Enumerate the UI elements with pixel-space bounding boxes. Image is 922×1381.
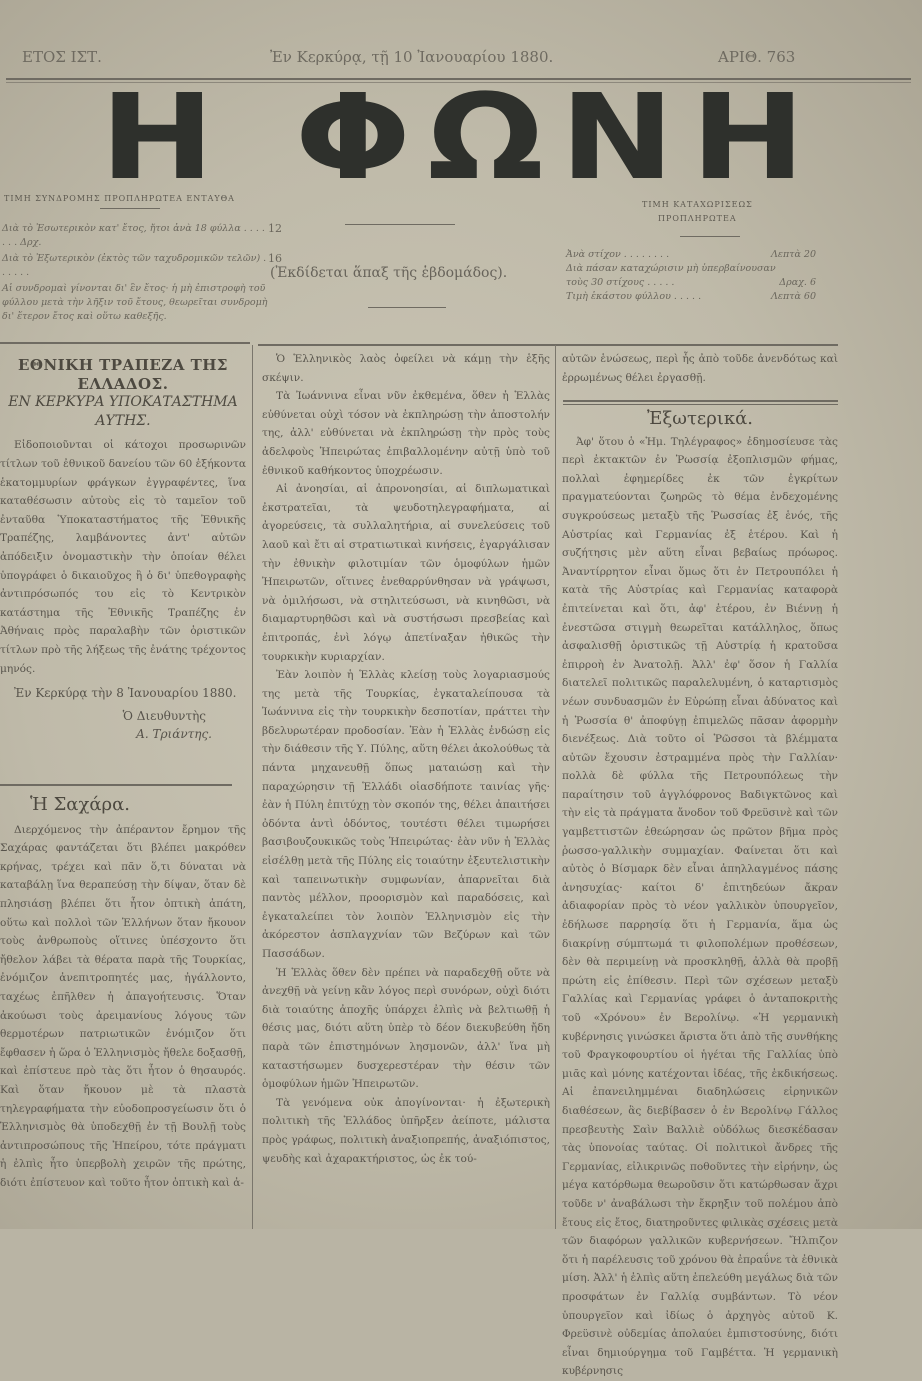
sahara-body: Διερχόμενος τὴν ἀπέραντον ἔρημον τῆς Σαχ… [0,821,246,1193]
subscription-note: Αἱ συνδρομαὶ γίνονται δι' ἓν ἔτος· ἡ μὴ … [2,282,282,324]
advertising-block: Ἀνὰ στίχον . . . . . . . . Λεπτὰ 20 Διὰ … [566,248,816,304]
sahara-title: Ἡ Σαχάρα. [0,796,246,815]
foreign-news-article: Ἐξωτερικά. Ἀφ' ὅτου ὁ «Ἡμ. Τηλέγραφος» ἐ… [562,410,838,1229]
middle-paragraph: Ἐὰν λοιπὸν ἡ Ἑλλὰς κλείσῃ τοὺς λογαριασμ… [262,666,550,964]
bank-notice-body: Εἰδοποιοῦνται οἱ κάτοχοι προσωρινῶν τίτλ… [0,436,246,678]
advertising-divider [680,236,740,237]
bank-notice-title: ΕΘΝΙΚΗ ΤΡΑΠΕΖΑ ΤΗΣ ΕΛΛΑΔΟΣ. [0,356,246,393]
bank-notice-signer-name: Α. Τριάντης. [0,725,246,744]
middle-paragraph: Τὰ γενόμενα οὐκ ἀπογίνονται· ἡ ἐξωτερικὴ… [262,1094,550,1168]
column-separator-2 [555,345,556,1229]
advertising-row-block: Διὰ πάσαν καταχώρισιν μὴ ὑπερβαίνουσαν τ… [566,262,816,290]
subscription-row-foreign: Διὰ τὸ Ἐξωτερικὸν (ἐκτὸς τῶν ταχυδρομικῶ… [2,252,282,280]
bank-notice-subtitle: ΕΝ ΚΕΡΚΥΡΑ ΥΠΟΚΑΤΑΣΤΗΜΑ ΑΥΤΗΣ. [0,393,246,430]
subscription-divider [100,208,160,209]
col2-top-rule [258,344,558,346]
advertising-row-copy: Τιμὴ ἑκάστου φύλλου . . . . . Λεπτὰ 60 [566,290,816,304]
middle-column: Ὁ Ἑλληνικὸς λαὸς ὀφείλει νὰ κάμῃ τὴν ἑξῆ… [262,350,550,1168]
newspaper-page: ΕΤΟΣ ΙΣΤ. Ἐν Κερκύρᾳ, τῇ 10 Ἰανουαρίου 1… [0,0,922,1229]
advertising-heading: ΤΙΜΗ ΚΑΤΑΧΩΡΙΣΕΩΣ [642,200,753,209]
subscription-row-domestic: Διὰ τὸ Ἐσωτερικὸν κατ' ἔτος, ἤτοι ἀνὰ 18… [2,222,282,250]
middle-paragraph: Ὁ Ἑλληνικὸς λαὸς ὀφείλει νὰ κάμῃ τὴν ἑξῆ… [262,350,550,387]
col3-top-rule [558,344,838,346]
right-column-lead: αὐτῶν ἑνώσεως, περὶ ἧς ἀπὸ τοῦδε ἀνενδότ… [562,350,838,387]
center-divider-top [345,224,455,225]
foreign-news-title: Ἐξωτερικά. [562,410,838,429]
issue-number: ΑΡΙΘ. 763 [718,48,795,66]
bank-notice-date: Ἐν Κερκύρᾳ τὴν 8 Ἰανουαρίου 1880. [0,684,246,703]
column-separator-1 [252,345,253,1229]
sahara-article: Ἡ Σαχάρα. Διερχόμενος τὴν ἀπέραντον ἔρημ… [0,796,246,1192]
middle-paragraph: Αἱ ἀνοησίαι, αἱ ἀπρονοησίαι, αἱ διπλωματ… [262,480,550,666]
weekly-note: (Ἐκδίδεται ἅπαξ τῆς ἑβδομάδος). [270,265,507,281]
bank-notice-signer-title: Ὁ Διευθυντὴς [0,707,246,726]
foreign-news-body: Ἀφ' ὅτου ὁ «Ἡμ. Τηλέγραφος» ἐδημοσίευσε … [562,433,838,1229]
col3-section-rule [563,400,838,402]
col1-top-rule [0,342,250,344]
dateline: Ἐν Κερκύρᾳ, τῇ 10 Ἰανουαρίου 1880. [270,48,553,66]
subscription-heading: ΤΙΜΗ ΣΥΝΔΡΟΜΗΣ ΠΡΟΠΛΗΡΩΤΕΑ ΕΝΤΑΥΘΑ [4,194,235,203]
right-column: αὐτῶν ἑνώσεως, περὶ ἧς ἀπὸ τοῦδε ἀνενδότ… [562,350,838,387]
col1-section-rule [0,784,232,786]
subscription-block: Διὰ τὸ Ἐσωτερικὸν κατ' ἔτος, ἤτοι ἀνὰ 18… [2,222,282,324]
year-label: ΕΤΟΣ ΙΣΤ. [22,48,102,66]
masthead-title: Η ΦΩΝΗ [100,82,842,192]
middle-paragraph: Ἡ Ἑλλὰς ὅθεν δὲν πρέπει νὰ παραδεχθῇ οὔτ… [262,964,550,1094]
advertising-row-line: Ἀνὰ στίχον . . . . . . . . Λεπτὰ 20 [566,248,816,262]
col3-section-rule-thin [563,404,838,405]
middle-paragraph: Τὰ Ἰωάννινα εἶναι νῦν ἐκθεμένα, ὅθεν ἡ Ἑ… [262,387,550,480]
bank-notice: ΕΘΝΙΚΗ ΤΡΑΠΕΖΑ ΤΗΣ ΕΛΛΑΔΟΣ. ΕΝ ΚΕΡΚΥΡΑ Υ… [0,356,246,744]
center-divider-bottom [368,307,446,308]
advertising-subheading: ΠΡΟΠΛΗΡΩΤΕΑ [658,214,737,223]
